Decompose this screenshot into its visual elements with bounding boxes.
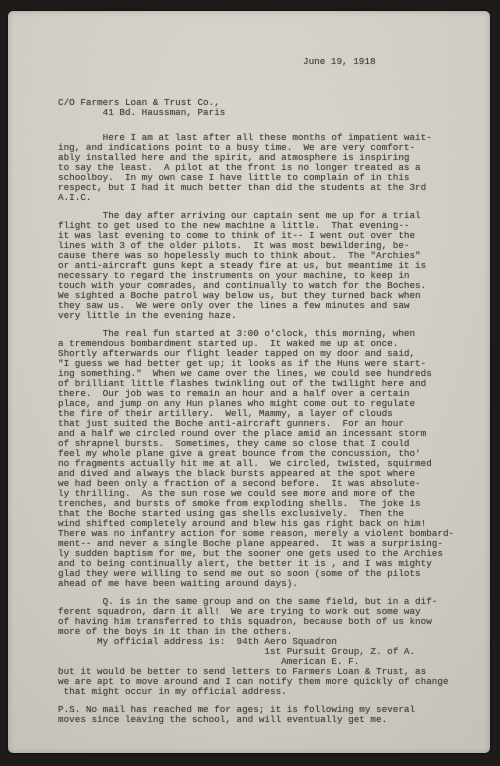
letter-postscript: P.S. No mail has reached me for ages; it… <box>58 705 490 725</box>
letter-date: June 19, 1918 <box>303 57 490 67</box>
letter-paragraph-2: The day after arriving our captain sent … <box>58 211 490 321</box>
letter-paragraph-3: The real fun started at 3:00 o'clock, th… <box>58 329 490 589</box>
recipient-address: C/O Farmers Loan & Trust Co., 41 Bd. Hau… <box>58 98 490 118</box>
letter-paragraph-1: Here I am at last after all these months… <box>58 133 490 203</box>
letter-paper: June 19, 1918 C/O Farmers Loan & Trust C… <box>8 11 490 753</box>
letter-paragraph-4: Q. is in the same group and on the same … <box>58 597 490 697</box>
scanned-letter-frame: June 19, 1918 C/O Farmers Loan & Trust C… <box>0 0 500 766</box>
